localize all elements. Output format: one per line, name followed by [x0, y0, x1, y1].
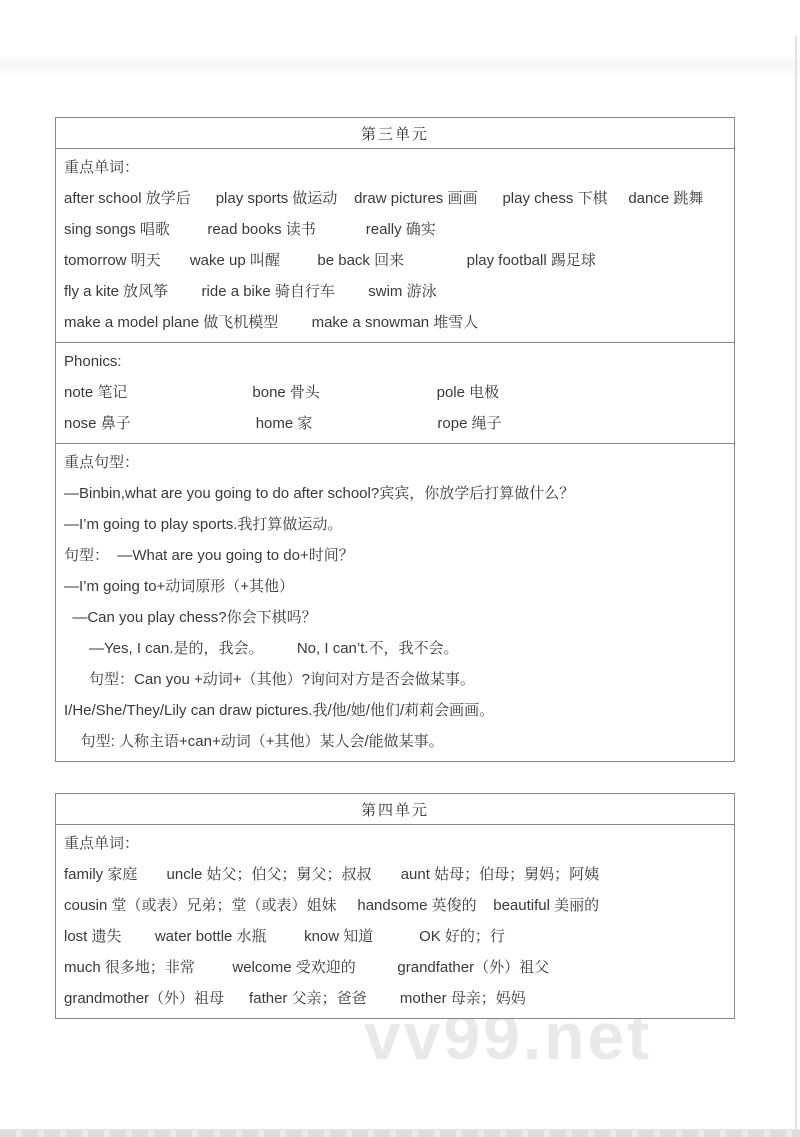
next-page-edge-strip — [0, 1129, 800, 1137]
unit3-sentences-heading: 重点句型： — [64, 447, 726, 478]
sentence-line: I/He/She/They/Lily can draw pictures.我/他… — [64, 695, 726, 726]
sentence-line: —I’m going to+动词原形（+其他） — [64, 571, 726, 602]
unit3-words-heading: 重点单词： — [64, 152, 726, 183]
sentence-line: —Yes, I can.是的，我会。 No, I can’t.不，我不会。 — [64, 633, 726, 664]
vocab-line: tomorrow 明天 wake up 叫醒 be back 回来 play f… — [64, 245, 726, 276]
sentence-line: 句型: 人称主语+can+动词（+其他）某人会/能做某事。 — [64, 726, 726, 757]
unit4-title: 第四单元 — [56, 794, 734, 825]
unit4-words-heading: 重点单词： — [64, 828, 726, 859]
unit3-words-section: 重点单词： after school 放学后 play sports 做运动 d… — [56, 149, 734, 343]
phonics-heading: Phonics: — [64, 346, 726, 377]
vocab-line: make a model plane 做飞机模型 make a snowman … — [64, 307, 726, 338]
unit3-title: 第三单元 — [56, 118, 734, 149]
vocab-line: after school 放学后 play sports 做运动 draw pi… — [64, 183, 726, 214]
vocab-line: grandmother（外）祖母 father 父亲；爸爸 mother 母亲；… — [64, 983, 726, 1014]
unit3-sentences-section: 重点句型： —Binbin,what are you going to do a… — [56, 444, 734, 761]
vocab-line: much 很多地；非常 welcome 受欢迎的 grandfather（外）祖… — [64, 952, 726, 983]
scan-artifact-band — [0, 54, 800, 78]
sentence-line: —Can you play chess?你会下棋吗？ — [64, 602, 726, 633]
unit4-words-section: 重点单词： family 家庭 uncle 姑父；伯父；舅父；叔叔 aunt 姑… — [56, 825, 734, 1018]
page-edge-line — [795, 36, 797, 1137]
sentence-line: —Binbin,what are you going to do after s… — [64, 478, 726, 509]
document-page: 第三单元 重点单词： after school 放学后 play sports … — [0, 0, 800, 1137]
vocab-line: lost 遗失 water bottle 水瓶 know 知道 OK 好的；行 — [64, 921, 726, 952]
vocab-line: fly a kite 放风筝 ride a bike 骑自行车 swim 游泳 — [64, 276, 726, 307]
phonics-line: note 笔记 bone 骨头 pole 电极 — [64, 377, 726, 408]
vocab-line: sing songs 唱歌 read books 读书 really 确实 — [64, 214, 726, 245]
sentence-line: —I’m going to play sports.我打算做运动。 — [64, 509, 726, 540]
unit3-table: 第三单元 重点单词： after school 放学后 play sports … — [55, 117, 735, 762]
sentence-line: 句型： —What are you going to do+时间？ — [64, 540, 726, 571]
unit4-table: 第四单元 重点单词： family 家庭 uncle 姑父；伯父；舅父；叔叔 a… — [55, 793, 735, 1019]
vocab-line: cousin 堂（或表）兄弟；堂（或表）姐妹 handsome 英俊的 beau… — [64, 890, 726, 921]
sentence-line: 句型：Can you +动词+（其他）?询问对方是否会做某事。 — [64, 664, 726, 695]
phonics-line: nose 鼻子 home 家 rope 绳子 — [64, 408, 726, 439]
vocab-line: family 家庭 uncle 姑父；伯父；舅父；叔叔 aunt 姑母；伯母；舅… — [64, 859, 726, 890]
unit3-phonics-section: Phonics: note 笔记 bone 骨头 pole 电极 nose 鼻子… — [56, 343, 734, 444]
